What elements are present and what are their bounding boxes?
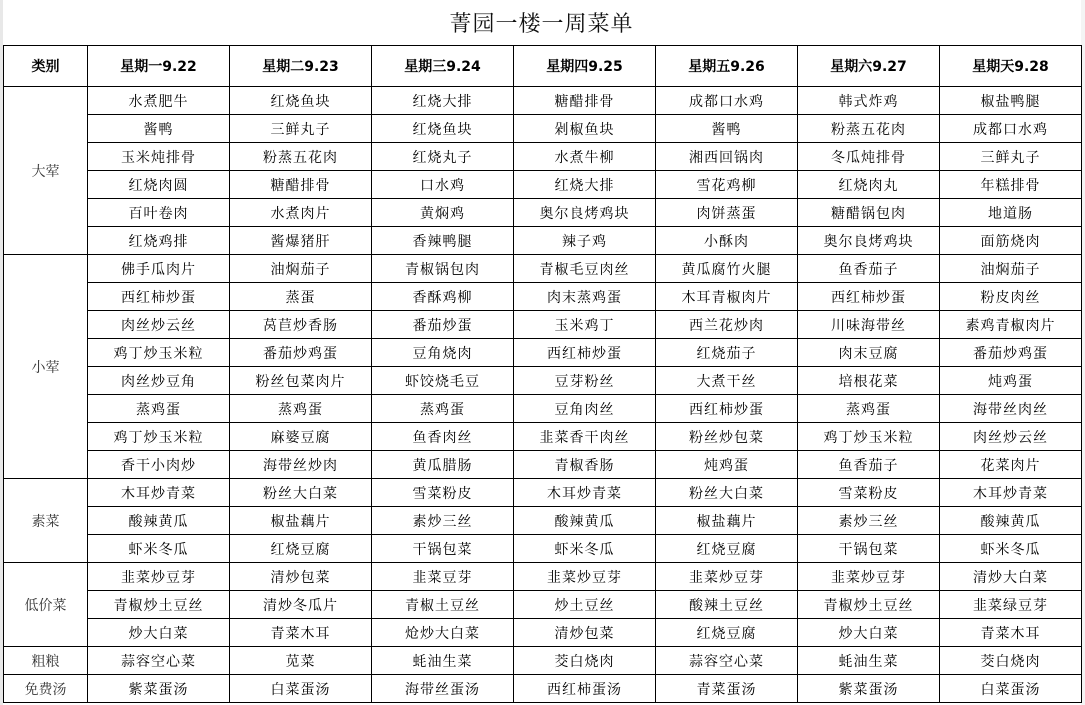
dish-cell[interactable]: 红烧大排 (372, 87, 514, 115)
table-row: 酸辣黄瓜椒盐藕片素炒三丝酸辣黄瓜椒盐藕片素炒三丝酸辣黄瓜 (4, 507, 1082, 535)
table-row: 红烧肉圆糖醋排骨口水鸡红烧大排雪花鸡柳红烧肉丸年糕排骨 (4, 171, 1082, 199)
dish-cell[interactable]: 口水鸡 (372, 171, 514, 199)
dish-cell[interactable]: 酱爆猪肝 (230, 227, 372, 255)
dish-cell[interactable]: 红烧肉丸 (798, 171, 940, 199)
dish-cell[interactable]: 茭白烧肉 (940, 647, 1082, 675)
dish-cell[interactable]: 花菜肉片 (940, 451, 1082, 479)
dish-cell[interactable]: 川味海带丝 (798, 311, 940, 339)
dish-cell[interactable]: 炖鸡蛋 (940, 367, 1082, 395)
table-row: 西红柿炒蛋蒸蛋香酥鸡柳肉末蒸鸡蛋木耳青椒肉片西红柿炒蛋粉皮肉丝 (4, 283, 1082, 311)
dish-cell[interactable]: 鸡丁炒玉米粒 (88, 423, 230, 451)
dish-cell[interactable]: 西红柿蛋汤 (514, 675, 656, 703)
dish-cell[interactable]: 剁椒鱼块 (514, 115, 656, 143)
category-cell[interactable]: 低价菜 (4, 563, 88, 647)
dish-cell[interactable]: 椒盐藕片 (656, 507, 798, 535)
dish-cell[interactable]: 鸡丁炒玉米粒 (798, 423, 940, 451)
dish-cell[interactable]: 韭菜绿豆芽 (940, 591, 1082, 619)
dish-cell[interactable]: 红烧豆腐 (656, 619, 798, 647)
dish-cell[interactable]: 酱鸭 (88, 115, 230, 143)
dish-cell[interactable]: 肉饼蒸蛋 (656, 199, 798, 227)
dish-cell[interactable]: 蒸鸡蛋 (372, 395, 514, 423)
dish-cell[interactable]: 炒大白菜 (88, 619, 230, 647)
table-row: 鸡丁炒玉米粒麻婆豆腐鱼香肉丝韭菜香干肉丝粉丝炒包菜鸡丁炒玉米粒肉丝炒云丝 (4, 423, 1082, 451)
dish-cell[interactable]: 木耳青椒肉片 (656, 283, 798, 311)
dish-cell[interactable]: 豆角烧肉 (372, 339, 514, 367)
dish-cell[interactable]: 清炒包菜 (230, 563, 372, 591)
dish-cell[interactable]: 酸辣黄瓜 (88, 507, 230, 535)
dish-cell[interactable]: 青椒香肠 (514, 451, 656, 479)
dish-cell[interactable]: 西红柿炒蛋 (88, 283, 230, 311)
dish-cell[interactable]: 木耳炒青菜 (514, 479, 656, 507)
dish-cell[interactable]: 鱼香茄子 (798, 255, 940, 283)
dish-cell[interactable]: 蒸鸡蛋 (88, 395, 230, 423)
dish-cell[interactable]: 韭菜炒豆芽 (656, 563, 798, 591)
table-row: 蒸鸡蛋蒸鸡蛋蒸鸡蛋豆角肉丝西红柿炒蛋蒸鸡蛋海带丝肉丝 (4, 395, 1082, 423)
dish-cell[interactable]: 水煮肥牛 (88, 87, 230, 115)
dish-cell[interactable]: 糖醋排骨 (514, 87, 656, 115)
dish-cell[interactable]: 蒸蛋 (230, 283, 372, 311)
dish-cell[interactable]: 冬瓜炖排骨 (798, 143, 940, 171)
header-day-mon[interactable]: 星期一9.22 (88, 46, 230, 87)
dish-cell[interactable]: 豆芽粉丝 (514, 367, 656, 395)
dish-cell[interactable]: 香干小肉炒 (88, 451, 230, 479)
dish-cell[interactable]: 虾饺烧毛豆 (372, 367, 514, 395)
table-row: 红烧鸡排酱爆猪肝香辣鸭腿辣子鸡小酥肉奥尔良烤鸡块面筋烧肉 (4, 227, 1082, 255)
dish-cell[interactable]: 炖鸡蛋 (656, 451, 798, 479)
dish-cell[interactable]: 西红柿炒蛋 (656, 395, 798, 423)
dish-cell[interactable]: 红烧豆腐 (656, 535, 798, 563)
dish-cell[interactable]: 酸辣黄瓜 (940, 507, 1082, 535)
dish-cell[interactable]: 白菜蛋汤 (940, 675, 1082, 703)
dish-cell[interactable]: 韭菜豆芽 (372, 563, 514, 591)
dish-cell[interactable]: 苋菜 (230, 647, 372, 675)
dish-cell[interactable]: 成都口水鸡 (656, 87, 798, 115)
dish-cell[interactable]: 椒盐藕片 (230, 507, 372, 535)
dish-cell[interactable]: 海带丝蛋汤 (372, 675, 514, 703)
table-row: 肉丝炒豆角粉丝包菜肉片虾饺烧毛豆豆芽粉丝大煮干丝培根花菜炖鸡蛋 (4, 367, 1082, 395)
dish-cell[interactable]: 油焖茄子 (940, 255, 1082, 283)
table-row: 粗粮蒜容空心菜苋菜蚝油生菜茭白烧肉蒜容空心菜蚝油生菜茭白烧肉 (4, 647, 1082, 675)
dish-cell[interactable]: 酸辣黄瓜 (514, 507, 656, 535)
weekly-menu-table: 类别 星期一9.22 星期二9.23 星期三9.24 星期四9.25 星期五9.… (3, 45, 1082, 703)
dish-cell[interactable]: 雪花鸡柳 (656, 171, 798, 199)
header-day-wed[interactable]: 星期三9.24 (372, 46, 514, 87)
table-row: 肉丝炒云丝莴苣炒香肠番茄炒蛋玉米鸡丁西兰花炒肉川味海带丝素鸡青椒肉片 (4, 311, 1082, 339)
table-row: 低价菜韭菜炒豆芽清炒包菜韭菜豆芽韭菜炒豆芽韭菜炒豆芽韭菜炒豆芽清炒大白菜 (4, 563, 1082, 591)
dish-cell[interactable]: 蒸鸡蛋 (230, 395, 372, 423)
dish-cell[interactable]: 佛手瓜肉片 (88, 255, 230, 283)
table-row: 鸡丁炒玉米粒番茄炒鸡蛋豆角烧肉西红柿炒蛋红烧茄子肉末豆腐番茄炒鸡蛋 (4, 339, 1082, 367)
dish-cell[interactable]: 韭菜炒豆芽 (514, 563, 656, 591)
dish-cell[interactable]: 红烧丸子 (372, 143, 514, 171)
category-cell[interactable]: 小荤 (4, 255, 88, 479)
dish-cell[interactable]: 番茄炒蛋 (372, 311, 514, 339)
dish-cell[interactable]: 素炒三丝 (798, 507, 940, 535)
dish-cell[interactable]: 素鸡青椒肉片 (940, 311, 1082, 339)
dish-cell[interactable]: 清炒大白菜 (940, 563, 1082, 591)
dish-cell[interactable]: 粉皮肉丝 (940, 283, 1082, 311)
dish-cell[interactable]: 茭白烧肉 (514, 647, 656, 675)
dish-cell[interactable]: 青椒土豆丝 (372, 591, 514, 619)
table-row: 小荤佛手瓜肉片油焖茄子青椒锅包肉青椒毛豆肉丝黄瓜腐竹火腿鱼香茄子油焖茄子 (4, 255, 1082, 283)
table-row: 炒大白菜青菜木耳炝炒大白菜清炒包菜红烧豆腐炒大白菜青菜木耳 (4, 619, 1082, 647)
dish-cell[interactable]: 水煮肉片 (230, 199, 372, 227)
dish-cell[interactable]: 蚝油生菜 (372, 647, 514, 675)
table-row: 香干小肉炒海带丝炒肉黄瓜腊肠青椒香肠炖鸡蛋鱼香茄子花菜肉片 (4, 451, 1082, 479)
dish-cell[interactable]: 糖醋锅包肉 (798, 199, 940, 227)
page-title: 菁园一楼一周菜单 (3, 0, 1080, 45)
header-day-tue[interactable]: 星期二9.23 (230, 46, 372, 87)
dish-cell[interactable]: 木耳炒青菜 (88, 479, 230, 507)
category-cell[interactable]: 素菜 (4, 479, 88, 563)
header-day-thu[interactable]: 星期四9.25 (514, 46, 656, 87)
dish-cell[interactable]: 炒大白菜 (798, 619, 940, 647)
dish-cell[interactable]: 海带丝炒肉 (230, 451, 372, 479)
dish-cell[interactable]: 青菜木耳 (940, 619, 1082, 647)
dish-cell[interactable]: 培根花菜 (798, 367, 940, 395)
dish-cell[interactable]: 玉米炖排骨 (88, 143, 230, 171)
dish-cell[interactable]: 炒土豆丝 (514, 591, 656, 619)
dish-cell[interactable]: 湘西回锅肉 (656, 143, 798, 171)
dish-cell[interactable]: 紫菜蛋汤 (798, 675, 940, 703)
dish-cell[interactable]: 青椒毛豆肉丝 (514, 255, 656, 283)
dish-cell[interactable]: 蚝油生菜 (798, 647, 940, 675)
dish-cell[interactable]: 黄瓜腊肠 (372, 451, 514, 479)
dish-cell[interactable]: 红烧鱼块 (230, 87, 372, 115)
dish-cell[interactable]: 韭菜炒豆芽 (798, 563, 940, 591)
dish-cell[interactable]: 青菜蛋汤 (656, 675, 798, 703)
dish-cell[interactable]: 肉末蒸鸡蛋 (514, 283, 656, 311)
table-row: 百叶卷肉水煮肉片黄焖鸡奥尔良烤鸡块肉饼蒸蛋糖醋锅包肉地道肠 (4, 199, 1082, 227)
dish-cell[interactable]: 青菜木耳 (230, 619, 372, 647)
dish-cell[interactable]: 肉丝炒云丝 (940, 423, 1082, 451)
dish-cell[interactable]: 西兰花炒肉 (656, 311, 798, 339)
dish-cell[interactable]: 粉丝包菜肉片 (230, 367, 372, 395)
dish-cell[interactable]: 百叶卷肉 (88, 199, 230, 227)
dish-cell[interactable]: 三鲜丸子 (940, 143, 1082, 171)
dish-cell[interactable]: 鸡丁炒玉米粒 (88, 339, 230, 367)
table-row: 免费汤紫菜蛋汤白菜蛋汤海带丝蛋汤西红柿蛋汤青菜蛋汤紫菜蛋汤白菜蛋汤 (4, 675, 1082, 703)
table-row: 虾米冬瓜红烧豆腐干锅包菜虾米冬瓜红烧豆腐干锅包菜虾米冬瓜 (4, 535, 1082, 563)
dish-cell[interactable]: 木耳炒青菜 (940, 479, 1082, 507)
dish-cell[interactable]: 西红柿炒蛋 (798, 283, 940, 311)
dish-cell[interactable]: 肉丝炒豆角 (88, 367, 230, 395)
dish-cell[interactable]: 白菜蛋汤 (230, 675, 372, 703)
dish-cell[interactable]: 虾米冬瓜 (940, 535, 1082, 563)
dish-cell[interactable]: 韩式炸鸡 (798, 87, 940, 115)
dish-cell[interactable]: 雪菜粉皮 (798, 479, 940, 507)
dish-cell[interactable]: 清炒冬瓜片 (230, 591, 372, 619)
dish-cell[interactable]: 鱼香茄子 (798, 451, 940, 479)
dish-cell[interactable]: 水煮牛柳 (514, 143, 656, 171)
dish-cell[interactable]: 红烧茄子 (656, 339, 798, 367)
table-row: 大荤水煮肥牛红烧鱼块红烧大排糖醋排骨成都口水鸡韩式炸鸡椒盐鸭腿 (4, 87, 1082, 115)
dish-cell[interactable]: 粉丝炒包菜 (656, 423, 798, 451)
dish-cell[interactable]: 粉丝大白菜 (656, 479, 798, 507)
menu-body: 大荤水煮肥牛红烧鱼块红烧大排糖醋排骨成都口水鸡韩式炸鸡椒盐鸭腿酱鸭三鲜丸子红烧鱼… (4, 87, 1082, 703)
dish-cell[interactable]: 炝炒大白菜 (372, 619, 514, 647)
header-day-fri[interactable]: 星期五9.26 (656, 46, 798, 87)
dish-cell[interactable]: 大煮干丝 (656, 367, 798, 395)
dish-cell[interactable]: 莴苣炒香肠 (230, 311, 372, 339)
dish-cell[interactable]: 奥尔良烤鸡块 (514, 199, 656, 227)
dish-cell[interactable]: 黄瓜腐竹火腿 (656, 255, 798, 283)
dish-cell[interactable]: 糖醋排骨 (230, 171, 372, 199)
dish-cell[interactable]: 蒜容空心菜 (88, 647, 230, 675)
dish-cell[interactable]: 番茄炒鸡蛋 (940, 339, 1082, 367)
dish-cell[interactable]: 红烧鱼块 (372, 115, 514, 143)
dish-cell[interactable]: 年糕排骨 (940, 171, 1082, 199)
dish-cell[interactable]: 肉丝炒云丝 (88, 311, 230, 339)
dish-cell[interactable]: 成都口水鸡 (940, 115, 1082, 143)
dish-cell[interactable]: 黄焖鸡 (372, 199, 514, 227)
dish-cell[interactable]: 辣子鸡 (514, 227, 656, 255)
dish-cell[interactable]: 红烧鸡排 (88, 227, 230, 255)
dish-cell[interactable]: 青椒炒土豆丝 (88, 591, 230, 619)
dish-cell[interactable]: 油焖茄子 (230, 255, 372, 283)
table-row: 酱鸭三鲜丸子红烧鱼块剁椒鱼块酱鸭粉蒸五花肉成都口水鸡 (4, 115, 1082, 143)
header-row: 类别 星期一9.22 星期二9.23 星期三9.24 星期四9.25 星期五9.… (4, 46, 1082, 87)
dish-cell[interactable]: 粉蒸五花肉 (798, 115, 940, 143)
dish-cell[interactable]: 海带丝肉丝 (940, 395, 1082, 423)
dish-cell[interactable]: 奥尔良烤鸡块 (798, 227, 940, 255)
dish-cell[interactable]: 韭菜炒豆芽 (88, 563, 230, 591)
header-day-sun[interactable]: 星期天9.28 (940, 46, 1082, 87)
dish-cell[interactable]: 麻婆豆腐 (230, 423, 372, 451)
dish-cell[interactable]: 虾米冬瓜 (88, 535, 230, 563)
dish-cell[interactable]: 酱鸭 (656, 115, 798, 143)
dish-cell[interactable]: 酸辣土豆丝 (656, 591, 798, 619)
category-cell[interactable]: 粗粮 (4, 647, 88, 675)
dish-cell[interactable]: 粉蒸五花肉 (230, 143, 372, 171)
table-row: 青椒炒土豆丝清炒冬瓜片青椒土豆丝炒土豆丝酸辣土豆丝青椒炒土豆丝韭菜绿豆芽 (4, 591, 1082, 619)
dish-cell[interactable]: 椒盐鸭腿 (940, 87, 1082, 115)
dish-cell[interactable]: 蒸鸡蛋 (798, 395, 940, 423)
category-cell[interactable]: 大荤 (4, 87, 88, 255)
dish-cell[interactable]: 粉丝大白菜 (230, 479, 372, 507)
dish-cell[interactable]: 玉米鸡丁 (514, 311, 656, 339)
dish-cell[interactable]: 豆角肉丝 (514, 395, 656, 423)
dish-cell[interactable]: 肉末豆腐 (798, 339, 940, 367)
dish-cell[interactable]: 紫菜蛋汤 (88, 675, 230, 703)
dish-cell[interactable]: 香酥鸡柳 (372, 283, 514, 311)
dish-cell[interactable]: 面筋烧肉 (940, 227, 1082, 255)
dish-cell[interactable]: 红烧豆腐 (230, 535, 372, 563)
dish-cell[interactable]: 虾米冬瓜 (514, 535, 656, 563)
dish-cell[interactable]: 青椒炒土豆丝 (798, 591, 940, 619)
dish-cell[interactable]: 香辣鸭腿 (372, 227, 514, 255)
dish-cell[interactable]: 蒜容空心菜 (656, 647, 798, 675)
dish-cell[interactable]: 红烧肉圆 (88, 171, 230, 199)
dish-cell[interactable]: 清炒包菜 (514, 619, 656, 647)
dish-cell[interactable]: 青椒锅包肉 (372, 255, 514, 283)
category-cell[interactable]: 免费汤 (4, 675, 88, 703)
table-row: 素菜木耳炒青菜粉丝大白菜雪菜粉皮木耳炒青菜粉丝大白菜雪菜粉皮木耳炒青菜 (4, 479, 1082, 507)
dish-cell[interactable]: 红烧大排 (514, 171, 656, 199)
dish-cell[interactable]: 鱼香肉丝 (372, 423, 514, 451)
dish-cell[interactable]: 雪菜粉皮 (372, 479, 514, 507)
dish-cell[interactable]: 三鲜丸子 (230, 115, 372, 143)
header-category[interactable]: 类别 (4, 46, 88, 87)
dish-cell[interactable]: 韭菜香干肉丝 (514, 423, 656, 451)
dish-cell[interactable]: 干锅包菜 (798, 535, 940, 563)
dish-cell[interactable]: 小酥肉 (656, 227, 798, 255)
dish-cell[interactable]: 地道肠 (940, 199, 1082, 227)
header-day-sat[interactable]: 星期六9.27 (798, 46, 940, 87)
dish-cell[interactable]: 西红柿炒蛋 (514, 339, 656, 367)
dish-cell[interactable]: 番茄炒鸡蛋 (230, 339, 372, 367)
dish-cell[interactable]: 干锅包菜 (372, 535, 514, 563)
dish-cell[interactable]: 素炒三丝 (372, 507, 514, 535)
table-row: 玉米炖排骨粉蒸五花肉红烧丸子水煮牛柳湘西回锅肉冬瓜炖排骨三鲜丸子 (4, 143, 1082, 171)
